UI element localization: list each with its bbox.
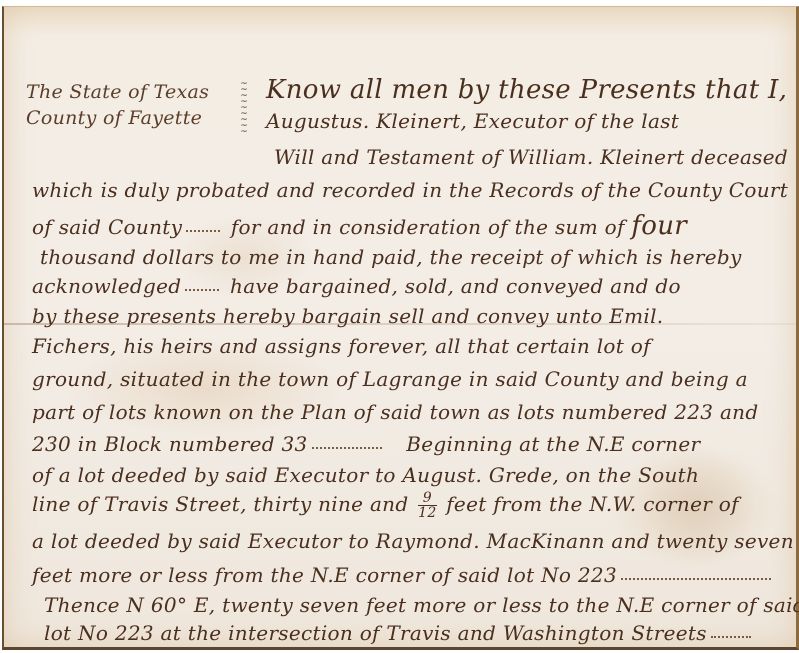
deed-line-12: 230 in Block numbered 33 Beginning at th… [32, 432, 700, 456]
deed-text: Beginning at the N.E corner [406, 432, 700, 456]
deed-line-5: of said County for and in consideration … [32, 211, 687, 241]
deed-text: of said County [32, 215, 182, 239]
heading-county: County of Fayette [26, 107, 202, 129]
deed-text: 230 in Block numbered 33 [32, 432, 308, 456]
brace-icon: ~~~~~~~~~ [235, 81, 253, 137]
deed-line-8: by these presents hereby bargain sell an… [32, 304, 663, 328]
deed-line-15: a lot deeded by said Executor to Raymond… [32, 529, 794, 553]
deed-line-11: part of lots known on the Plan of said t… [32, 400, 758, 424]
deed-text: feet more or less from the N.E corner of… [32, 563, 617, 587]
deed-line-14: line of Travis Street, thirty nine and 9… [32, 491, 739, 520]
deed-text: have bargained, sold, and conveyed and d… [230, 274, 681, 298]
deed-line-4: which is duly probated and recorded in t… [32, 178, 788, 202]
filler-mark [186, 226, 220, 232]
deed-line-3: Will and Testament of William. Kleinert … [274, 145, 788, 169]
deed-line-1: Know all men by these Presents that I, [266, 75, 787, 105]
deed-text: acknowledged [32, 274, 181, 298]
deed-line-10: ground, situated in the town of Lagrange… [32, 367, 748, 391]
deed-line-17: Thence N 60° E, twenty seven feet more o… [44, 593, 799, 617]
deed-amount: four [631, 211, 687, 241]
deed-text: feet from the N.W. corner of [446, 492, 739, 516]
deed-line-18: lot No 223 at the intersection of Travis… [44, 621, 755, 645]
deed-line-13: of a lot deeded by said Executor to Augu… [32, 463, 699, 487]
deed-line-7: acknowledged have bargained, sold, and c… [32, 274, 681, 298]
deed-text: for and in consideration of the sum of [231, 215, 625, 239]
fraction: 912 [418, 491, 436, 520]
deed-text: lot No 223 at the intersection of Travis… [44, 621, 707, 645]
deed-page: The State of Texas County of Fayette ~~~… [2, 6, 799, 650]
deed-line-16: feet more or less from the N.E corner of… [32, 563, 775, 587]
deed-text: line of Travis Street, thirty nine and [32, 492, 408, 516]
filler-mark [621, 574, 771, 580]
deed-line-2: Augustus. Kleinert, Executor of the last [266, 109, 679, 133]
filler-mark [185, 285, 219, 291]
deed-line-9: Fichers, his heirs and assigns forever, … [32, 334, 651, 358]
filler-mark [312, 443, 382, 449]
filler-mark [711, 632, 751, 638]
heading-state: The State of Texas [26, 81, 209, 103]
deed-line-6: thousand dollars to me in hand paid, the… [40, 245, 742, 269]
